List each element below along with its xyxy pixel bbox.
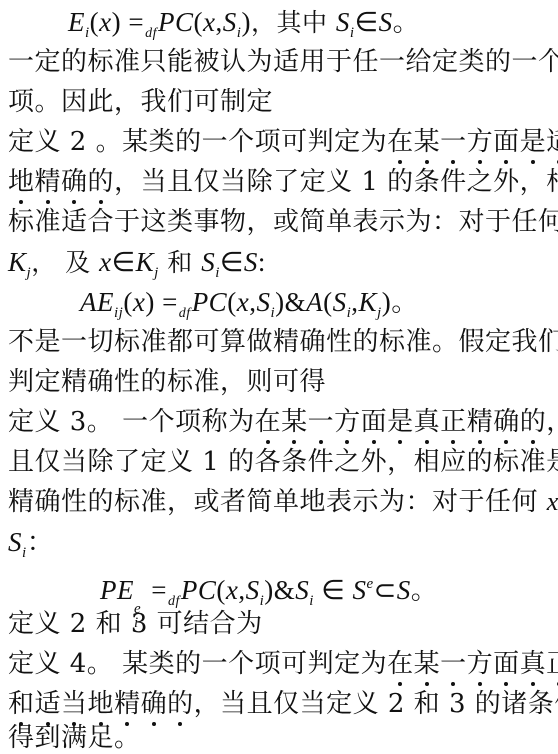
definition-3-line-2: 且仅当除了定义 1 的各条件之外，相应的标准是个 xyxy=(8,444,552,480)
paragraph-line: 定义 2 和 3 可结合为 xyxy=(8,606,552,642)
definition-4-line-1: 定义 4。 某类的一个项可判定为在某一方面真正地 xyxy=(8,646,552,682)
definition-3-line-1: 定义 3。 一个项称为在某一方面是真正精确的，当 xyxy=(8,404,552,440)
definition-2-line-2: 地精确的，当且仅当除了定义 1 的条件之外，相应的 xyxy=(8,164,552,200)
document-page: Ei(x) =dfPC(x,Si)，其中 Si∈S。 一定的标准只能被认为适用于… xyxy=(0,0,558,754)
paragraph-line: 一定的标准只能被认为适用于任一给定类的一个 xyxy=(8,44,552,80)
definition-2-line-1: 定义 2 。某类的一个项可判定为在某一方面是适当 xyxy=(8,124,552,160)
paragraph-line: 判定精确性的标准，则可得 xyxy=(8,364,552,400)
definition-3-line-4: Si： xyxy=(8,524,552,571)
definition-4-line-2: 和适当地精确的，当且仅当定义 2 和 3 的诸条件均 xyxy=(8,686,552,722)
paragraph-line: 不是一切标准都可算做精确性的标准。假定我们能 xyxy=(8,324,552,360)
paragraph-line: 项。因此，我们可制定 xyxy=(8,84,552,120)
definition-4-line-3: 得到满足。 xyxy=(8,720,552,754)
definition-2-line-3: 标准适合于这类事物，或简单表示为：对于任何类 xyxy=(8,204,552,240)
definition-3-line-3: 精确性的标准，或者简单地表示为：对于任何 x 和 xyxy=(8,484,552,520)
